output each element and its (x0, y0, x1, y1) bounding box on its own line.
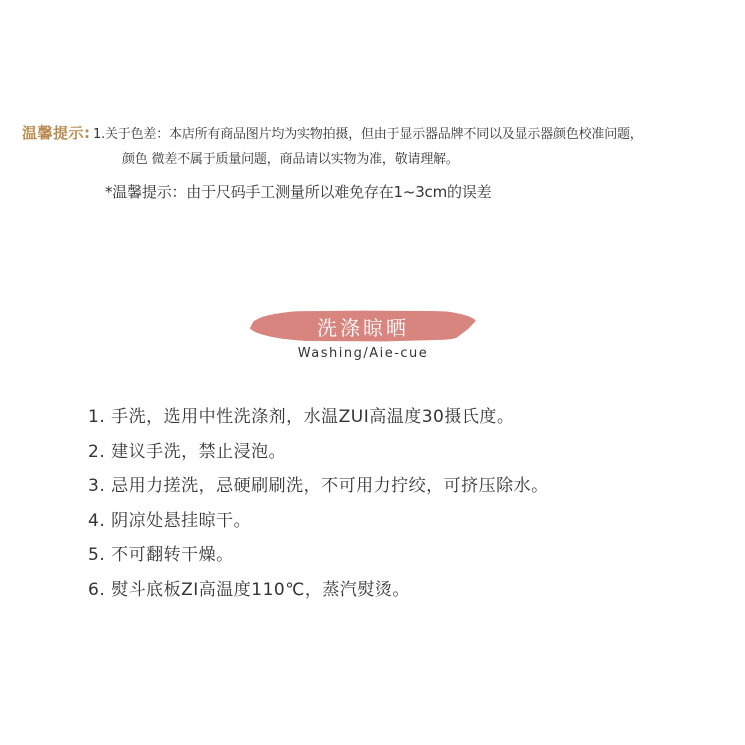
care-instruction-item: 3. 忌用力搓洗，忌硬刷刷洗，不可用力拧绞，可挤压除水。 (88, 474, 549, 509)
care-instruction-item: 1. 手洗，选用中性洗涤剂，水温ZUI高温度30摄氏度。 (88, 405, 549, 440)
care-instruction-item: 2. 建议手洗，禁止浸泡。 (88, 440, 549, 475)
section-title: 洗涤晾晒 (243, 312, 483, 341)
care-instructions-list: 1. 手洗，选用中性洗涤剂，水温ZUI高温度30摄氏度。 2. 建议手洗，禁止浸… (88, 405, 549, 612)
care-instruction-item: 4. 阴凉处悬挂晾干。 (88, 509, 549, 544)
notice-color-difference-line2: 颜色 微差不属于质量问题，商品请以实物为准，敬请理解。 (122, 148, 459, 167)
section-header-washing: 洗涤晾晒 (243, 306, 483, 346)
notice-color-difference-line1: 1.关于色差：本店所有商品图片均为实物拍摄，但由于显示器品牌不同以及显示器颜色校… (93, 123, 643, 142)
notice-size-tolerance: *温馨提示：由于尺码手工测量所以难免存在1~3cm的误差 (105, 181, 491, 202)
section-subtitle: Washing/Aie-cue (243, 346, 483, 361)
care-instruction-item: 5. 不可翻转干燥。 (88, 543, 549, 578)
care-instruction-item: 6. 熨斗底板ZI高温度110℃，蒸汽熨烫。 (88, 578, 549, 613)
notice-label: 温馨提示: (22, 122, 91, 143)
